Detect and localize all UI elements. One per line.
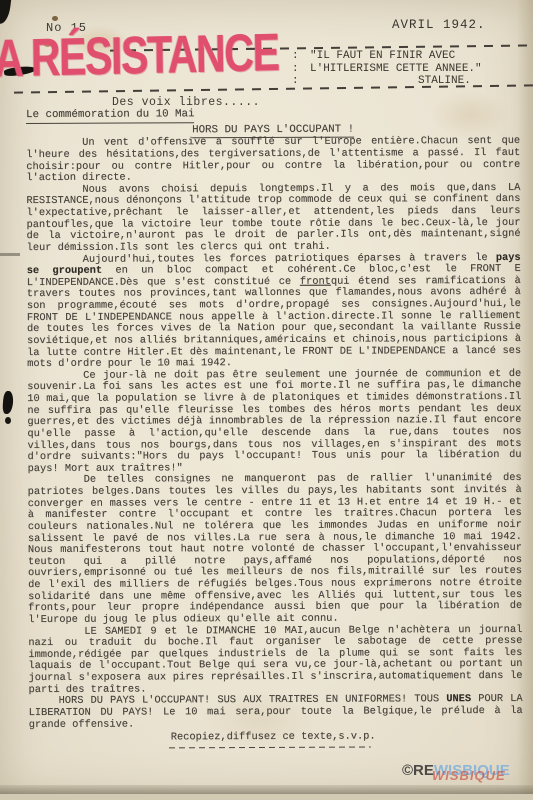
issue-date: AVRIL 1942. [392,18,486,32]
ink-blot [2,391,14,415]
quote-attribution: STALINE. [418,75,471,88]
quote-border-colon: : [292,63,301,76]
watermark-prefix: ©RE [402,762,434,779]
ink-blot-dot [5,417,11,424]
masthead-quote: :"IL FAUT EN FINIR AVEC :L'HITLERISME CE… [292,50,482,88]
quote-line: :L'HITLERISME CETTE ANNEE." [292,63,482,76]
watermark-overlay: WISBIQUE [432,768,506,783]
scan-bottom-edge [0,794,533,800]
newspaper-page: No 15 AVRIL 1942. LA RÉSISTANCE :"IL FAU… [0,0,533,800]
paragraph: LE SAMEDI 9 et le DIMANCHE 10 MAI,aucun … [28,624,522,696]
article-title: Le commémoration du 10 Mai [26,109,195,123]
paragraph: Un vent d'offensive a soufflé sur l'Euro… [26,136,520,185]
quote-line: :"IL FAUT EN FINIR AVEC [292,50,482,63]
paragraph: Ce jour-là ne doit pas être seulement un… [27,369,521,476]
quote-border-colon: : [292,50,301,63]
overtyped-text: UNES [446,693,471,705]
footer-instruction: Recopiez,diffusez ce texte,s.v.p. [171,731,523,744]
article-body: Le commémoration du 10 Mai HORS DU PAYS … [26,108,523,749]
scan-corner-mark [0,0,12,25]
paragraph: De telles consignes ne manqueront pas de… [28,473,523,626]
quote-text: L'HITLERISME CETTE ANNEE." [310,63,482,76]
quote-border-colon: : [292,75,301,88]
quote-text: "IL FAUT EN FINIR AVEC [310,50,455,63]
margin-mark [0,253,20,256]
subtitle: Des voix libres..... [112,96,260,109]
watermark: ©REWISBIQUE WISBIQUE [402,762,528,788]
paragraph: Aujourd'hui,toutes les forces patriotiqu… [27,252,522,370]
paragraph-text: qui étend ses ramifications à travers to… [27,275,521,371]
quote-line: :STALINE. [292,75,482,88]
paragraph: Nous avons choisi depuis longtemps.Il y … [26,183,520,255]
closing-slogans: HORS DU PAYS L'OCCUPANT! SUS AUX TRAITRE… [29,694,523,731]
masthead-title: LA RÉSISTANCE [0,26,279,86]
